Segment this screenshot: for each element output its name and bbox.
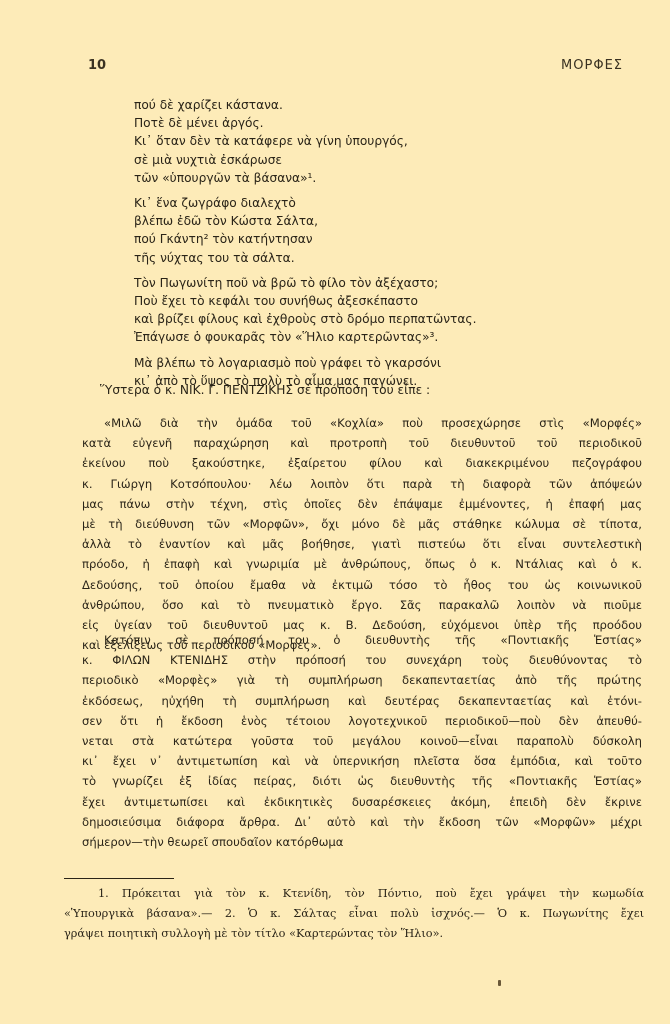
text-line: μας πάνω στὴν τέχνη, στὶς ὁποῖες δὲν ἐπά… bbox=[82, 494, 642, 514]
page-number: 10 bbox=[88, 58, 106, 73]
text-line: δημοσιεύσιμα διάφορα ἄρθρα. Δι᾿ αὐτὸ καὶ… bbox=[82, 812, 642, 832]
text-line: κ. Γιώργη Κοτσόπουλου· λέω λοιπὸν ὅτι πα… bbox=[82, 474, 642, 494]
text-line: «Μιλῶ διὰ τὴν ὁμάδα τοῦ «Κοχλία» ποὺ προ… bbox=[82, 413, 642, 433]
text-line: ἐκδόσεως, ηὐχήθη τὴ συμπλήρωση καὶ δευτέ… bbox=[82, 691, 642, 711]
poem-line: Τὸν Πωγωνίτη ποῦ νὰ βρῶ τὸ φίλο τὸν ἀξέχ… bbox=[134, 274, 476, 292]
text-line: Δεδούσης, τοῦ ὁποίου ἔμαθα νὰ ἐκτιμῶ τόσ… bbox=[82, 575, 642, 595]
footnote-line: 1. Πρόκειται γιὰ τὸν κ. Κτενίδη, τὸν Πόν… bbox=[64, 884, 644, 904]
text-line: Κατόπιν σὲ πρόποσή του ὁ διευθυντὴς τῆς … bbox=[82, 630, 642, 650]
text-line: ἐκείνου ποὺ ξακούστηκε, ἐξαίρετου φίλου … bbox=[82, 453, 642, 473]
poem-line: πού Γκάντη² τὸν κατήντησαν bbox=[134, 230, 476, 248]
text-line: κ. ΦΙΛΩΝ ΚΤΕΝΙΔΗΣ στὴν πρόποσή του συνεχ… bbox=[82, 650, 642, 670]
footnotes: 1. Πρόκειται γιὰ τὸν κ. Κτενίδη, τὸν Πόν… bbox=[64, 884, 644, 944]
poem-line: Κι᾿ ὅταν δὲν τὰ κατάφερε νὰ γίνη ὑπουργό… bbox=[134, 132, 476, 150]
footnote-divider bbox=[64, 878, 174, 879]
poem-line: τῆς νύχτας του τὰ σάλτα. bbox=[134, 249, 476, 267]
text-line: ἔχει ἀντιμετωπίσει καὶ ἐκδικητικὲς δυσαρ… bbox=[82, 792, 642, 812]
poem-line: Ἐπάγωσε ὁ φουκαρᾶς τὸν «Ἥλιο καρτερῶντας… bbox=[134, 328, 476, 346]
poem-line: σὲ μιὰ νυχτιὰ ἐσκάρωσε bbox=[134, 151, 476, 169]
text-line: ἀνθρώπου, ὅσο καὶ τὸ πνευματικὸ ἔργο. Σᾶ… bbox=[82, 595, 642, 615]
text-line: κατὰ εὐγενῆ παραχώρηση καὶ προτροπὴ τοῦ … bbox=[82, 433, 642, 453]
body-paragraph: «Μιλῶ διὰ τὴν ὁμάδα τοῦ «Κοχλία» ποὺ προ… bbox=[82, 413, 642, 655]
poem-line: βλέπω ἐδῶ τὸν Κώστα Σάλτα, bbox=[134, 212, 476, 230]
text-line: μὲ τὴ διεύθυνση τῶν «Μορφῶν», ὄχι μόνο δ… bbox=[82, 514, 642, 534]
text-line: περιοδικὸ «Μορφὲς» γιὰ τὴ συμπλήρωση δεκ… bbox=[82, 670, 642, 690]
poem-stanza: Κι᾿ ἕνα ζωγράφο διαλεχτὸ βλέπω ἐδῶ τὸν Κ… bbox=[134, 194, 476, 267]
poem-line: Μὰ βλέπω τὸ λογαριασμὸ ποὺ γράφει τὸ γκα… bbox=[134, 354, 476, 372]
poem-line: τῶν «ὑπουργῶν τὰ βάσανα»¹. bbox=[134, 169, 476, 187]
text-line: νεται στὰ κατώτερα γοῦστα τοῦ μεγάλου κο… bbox=[82, 731, 642, 751]
poem-line: Ποὺ ἔχει τὸ κεφάλι του συνήθως ἀξεσκέπασ… bbox=[134, 292, 476, 310]
text-line: σεν ὅτι ἡ ἔκδοση ἑνὸς τέτοιου λογοτεχνικ… bbox=[82, 711, 642, 731]
text-line: σήμερον—τὴν θεωρεῖ σπουδαῖον κατόρθωμα bbox=[82, 832, 642, 852]
text-line: τὸ γνωρίζει ἐξ ἰδίας πείρας, διότι ὡς δι… bbox=[82, 771, 642, 791]
footnote-line: «Ὑπουργικὰ βάσανα».— 2. Ὁ κ. Σάλτας εἶνα… bbox=[64, 904, 644, 924]
footnote-line: γράψει ποιητικὴ συλλογὴ μὲ τὸν τίτλο «Κα… bbox=[64, 924, 644, 944]
poem-line: Κι᾿ ἕνα ζωγράφο διαλεχτὸ bbox=[134, 194, 476, 212]
text-line: κι᾿ ἔχει ν᾿ ἀντιμετωπίση καὶ νὰ ὑπερνική… bbox=[82, 751, 642, 771]
page-header: 10 ΜΟΡΦΕΣ bbox=[88, 58, 623, 73]
document-page: 10 ΜΟΡΦΕΣ πού δὲ χαρίζει κάστανα. Ποτὲ δ… bbox=[0, 0, 670, 1024]
poem: πού δὲ χαρίζει κάστανα. Ποτὲ δὲ μένει ἀρ… bbox=[134, 96, 476, 397]
running-title: ΜΟΡΦΕΣ bbox=[561, 58, 623, 73]
text-line: ἀλλὰ τὸ ἐναντίον καὶ μᾶς βοήθησε, γιατὶ … bbox=[82, 534, 642, 554]
speech-intro: Ὕστερα ὁ κ. ΝΙΚ. Γ. ΠΕΝΤΖΙΚΗΣ σὲ πρόποση… bbox=[100, 383, 430, 397]
poem-line: καὶ βρίζει φίλους καὶ ἐχθροὺς στὸ δρόμο … bbox=[134, 310, 476, 328]
poem-stanza: πού δὲ χαρίζει κάστανα. Ποτὲ δὲ μένει ἀρ… bbox=[134, 96, 476, 187]
poem-stanza: Τὸν Πωγωνίτη ποῦ νὰ βρῶ τὸ φίλο τὸν ἀξέχ… bbox=[134, 274, 476, 347]
body-paragraph: Κατόπιν σὲ πρόποσή του ὁ διευθυντὴς τῆς … bbox=[82, 630, 642, 852]
poem-line: Ποτὲ δὲ μένει ἀργός. bbox=[134, 114, 476, 132]
scan-speck bbox=[498, 980, 501, 986]
text-line: πρόοδο, ἡ ἐπαφὴ καὶ γνωριμία μὲ ἀνθρώπου… bbox=[82, 554, 642, 574]
poem-line: πού δὲ χαρίζει κάστανα. bbox=[134, 96, 476, 114]
